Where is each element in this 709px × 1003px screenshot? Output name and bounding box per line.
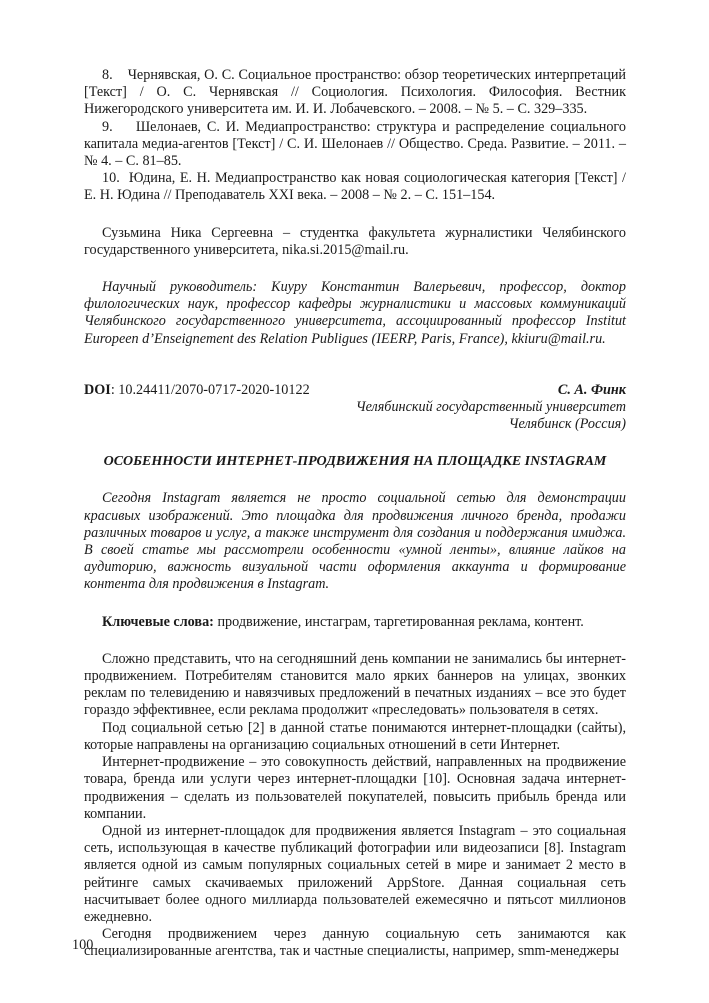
page-content: 8. Чернявская, О. С. Социальное простран… <box>84 67 626 961</box>
body-paragraph: Интернет-продвижение – это совокупность … <box>84 754 626 823</box>
reference-text: Чернявская, О. С. Социальное пространств… <box>84 67 626 117</box>
body-paragraph: Сегодня продвижением через данную социал… <box>84 926 626 960</box>
page-number: 100 <box>72 937 93 954</box>
keywords: Ключевые слова: продвижение, инстаграм, … <box>84 614 626 631</box>
article-author-name: С. А. Финк <box>558 382 626 398</box>
body-paragraph: Одной из интернет-площадок для продвижен… <box>84 823 626 926</box>
abstract: Сегодня Instagram является не просто соц… <box>84 490 626 593</box>
reference-list: 8. Чернявская, О. С. Социальное простран… <box>84 67 626 205</box>
body-paragraph: Под социальной сетью [2] в данной статье… <box>84 720 626 754</box>
reference-text: Шелонаев, С. И. Медиапространство: струк… <box>84 119 626 169</box>
reference-number: 10. <box>102 170 120 186</box>
reference-text: Юдина, Е. Н. Медиапространство как новая… <box>84 170 626 203</box>
article-body: Сложно представить, что на сегодняшний д… <box>84 651 626 961</box>
body-paragraph: Сложно представить, что на сегодняшний д… <box>84 651 626 720</box>
author-info: Сузьмина Ника Сергеевна – студентка факу… <box>84 225 626 259</box>
doi-value: : 10.24411/2070-0717-2020-10122 <box>111 382 310 398</box>
doi-label: DOI <box>84 382 111 398</box>
doi-row: DOI: 10.24411/2070-0717-2020-10122 С. А.… <box>84 382 626 399</box>
keywords-label: Ключевые слова: <box>102 614 214 630</box>
reference-item: 10. Юдина, Е. Н. Медиапространство как н… <box>84 170 626 204</box>
article-author-city: Челябинск (Россия) <box>84 416 626 433</box>
reference-number: 9. <box>102 119 113 135</box>
article-author-affiliation: Челябинский государственный университет <box>84 399 626 416</box>
article-title: ОСОБЕННОСТИ ИНТЕРНЕТ-ПРОДВИЖЕНИЯ НА ПЛОЩ… <box>84 453 626 470</box>
keywords-text: продвижение, инстаграм, таргетированная … <box>214 614 584 630</box>
supervisor-info: Научный руководитель: Киуру Константин В… <box>84 279 626 348</box>
reference-number: 8. <box>102 67 113 83</box>
reference-item: 9. Шелонаев, С. И. Медиапространство: ст… <box>84 119 626 171</box>
doi: DOI: 10.24411/2070-0717-2020-10122 <box>84 382 310 399</box>
reference-item: 8. Чернявская, О. С. Социальное простран… <box>84 67 626 119</box>
